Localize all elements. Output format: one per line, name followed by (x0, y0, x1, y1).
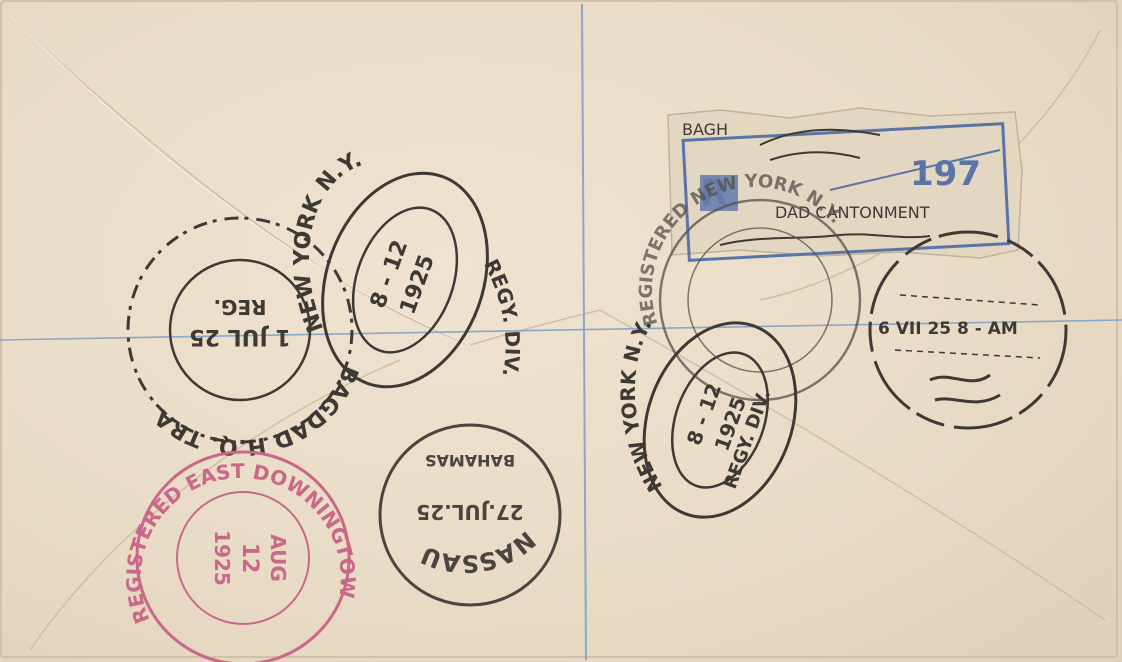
postmark-ny2-outer: NEW YORK N.Y. (616, 314, 667, 496)
postmark-arabic-date: 6 VII 25 8 - AM (878, 319, 1018, 339)
postmark-ed-year: 1925 (210, 530, 234, 586)
postmark-nassau-country: BAHAMAS (425, 451, 515, 470)
postmark-baghdad-date: 1 JUL 25 (189, 324, 290, 349)
envelope-artwork: R BAGH 197 DAD CANTONMENT BAGDAD H.Q. TR… (0, 0, 1122, 662)
postmark-baghdad-outer: BAGDAD H.Q. TRA (150, 362, 362, 460)
envelope-back: R BAGH 197 DAD CANTONMENT BAGDAD H.Q. TR… (0, 0, 1122, 662)
postmark-new-york-1: NEW YORK N.Y. REGY. DIV. 8 - 12 1925 (290, 147, 525, 410)
postmark-nassau-name: NASSAU (417, 525, 540, 577)
registration-number: 197 (910, 154, 981, 194)
postmark-baghdad-reg: REG. (213, 295, 266, 319)
postmark-ed-month: AUG (266, 534, 290, 582)
postmark-ny1-div: REGY. DIV. (479, 255, 525, 379)
postmark-ed-day: 12 (237, 543, 262, 574)
postmark-nassau: NASSAU 27.JUL.25 BAHAMAS (380, 425, 560, 605)
registration-prefix: BAGH (682, 120, 728, 139)
registration-office: DAD CANTONMENT (775, 203, 930, 222)
postmark-nassau-date: 27.JUL.25 (416, 500, 523, 524)
postmark-arabic-cds: 6 VII 25 8 - AM (870, 232, 1066, 428)
